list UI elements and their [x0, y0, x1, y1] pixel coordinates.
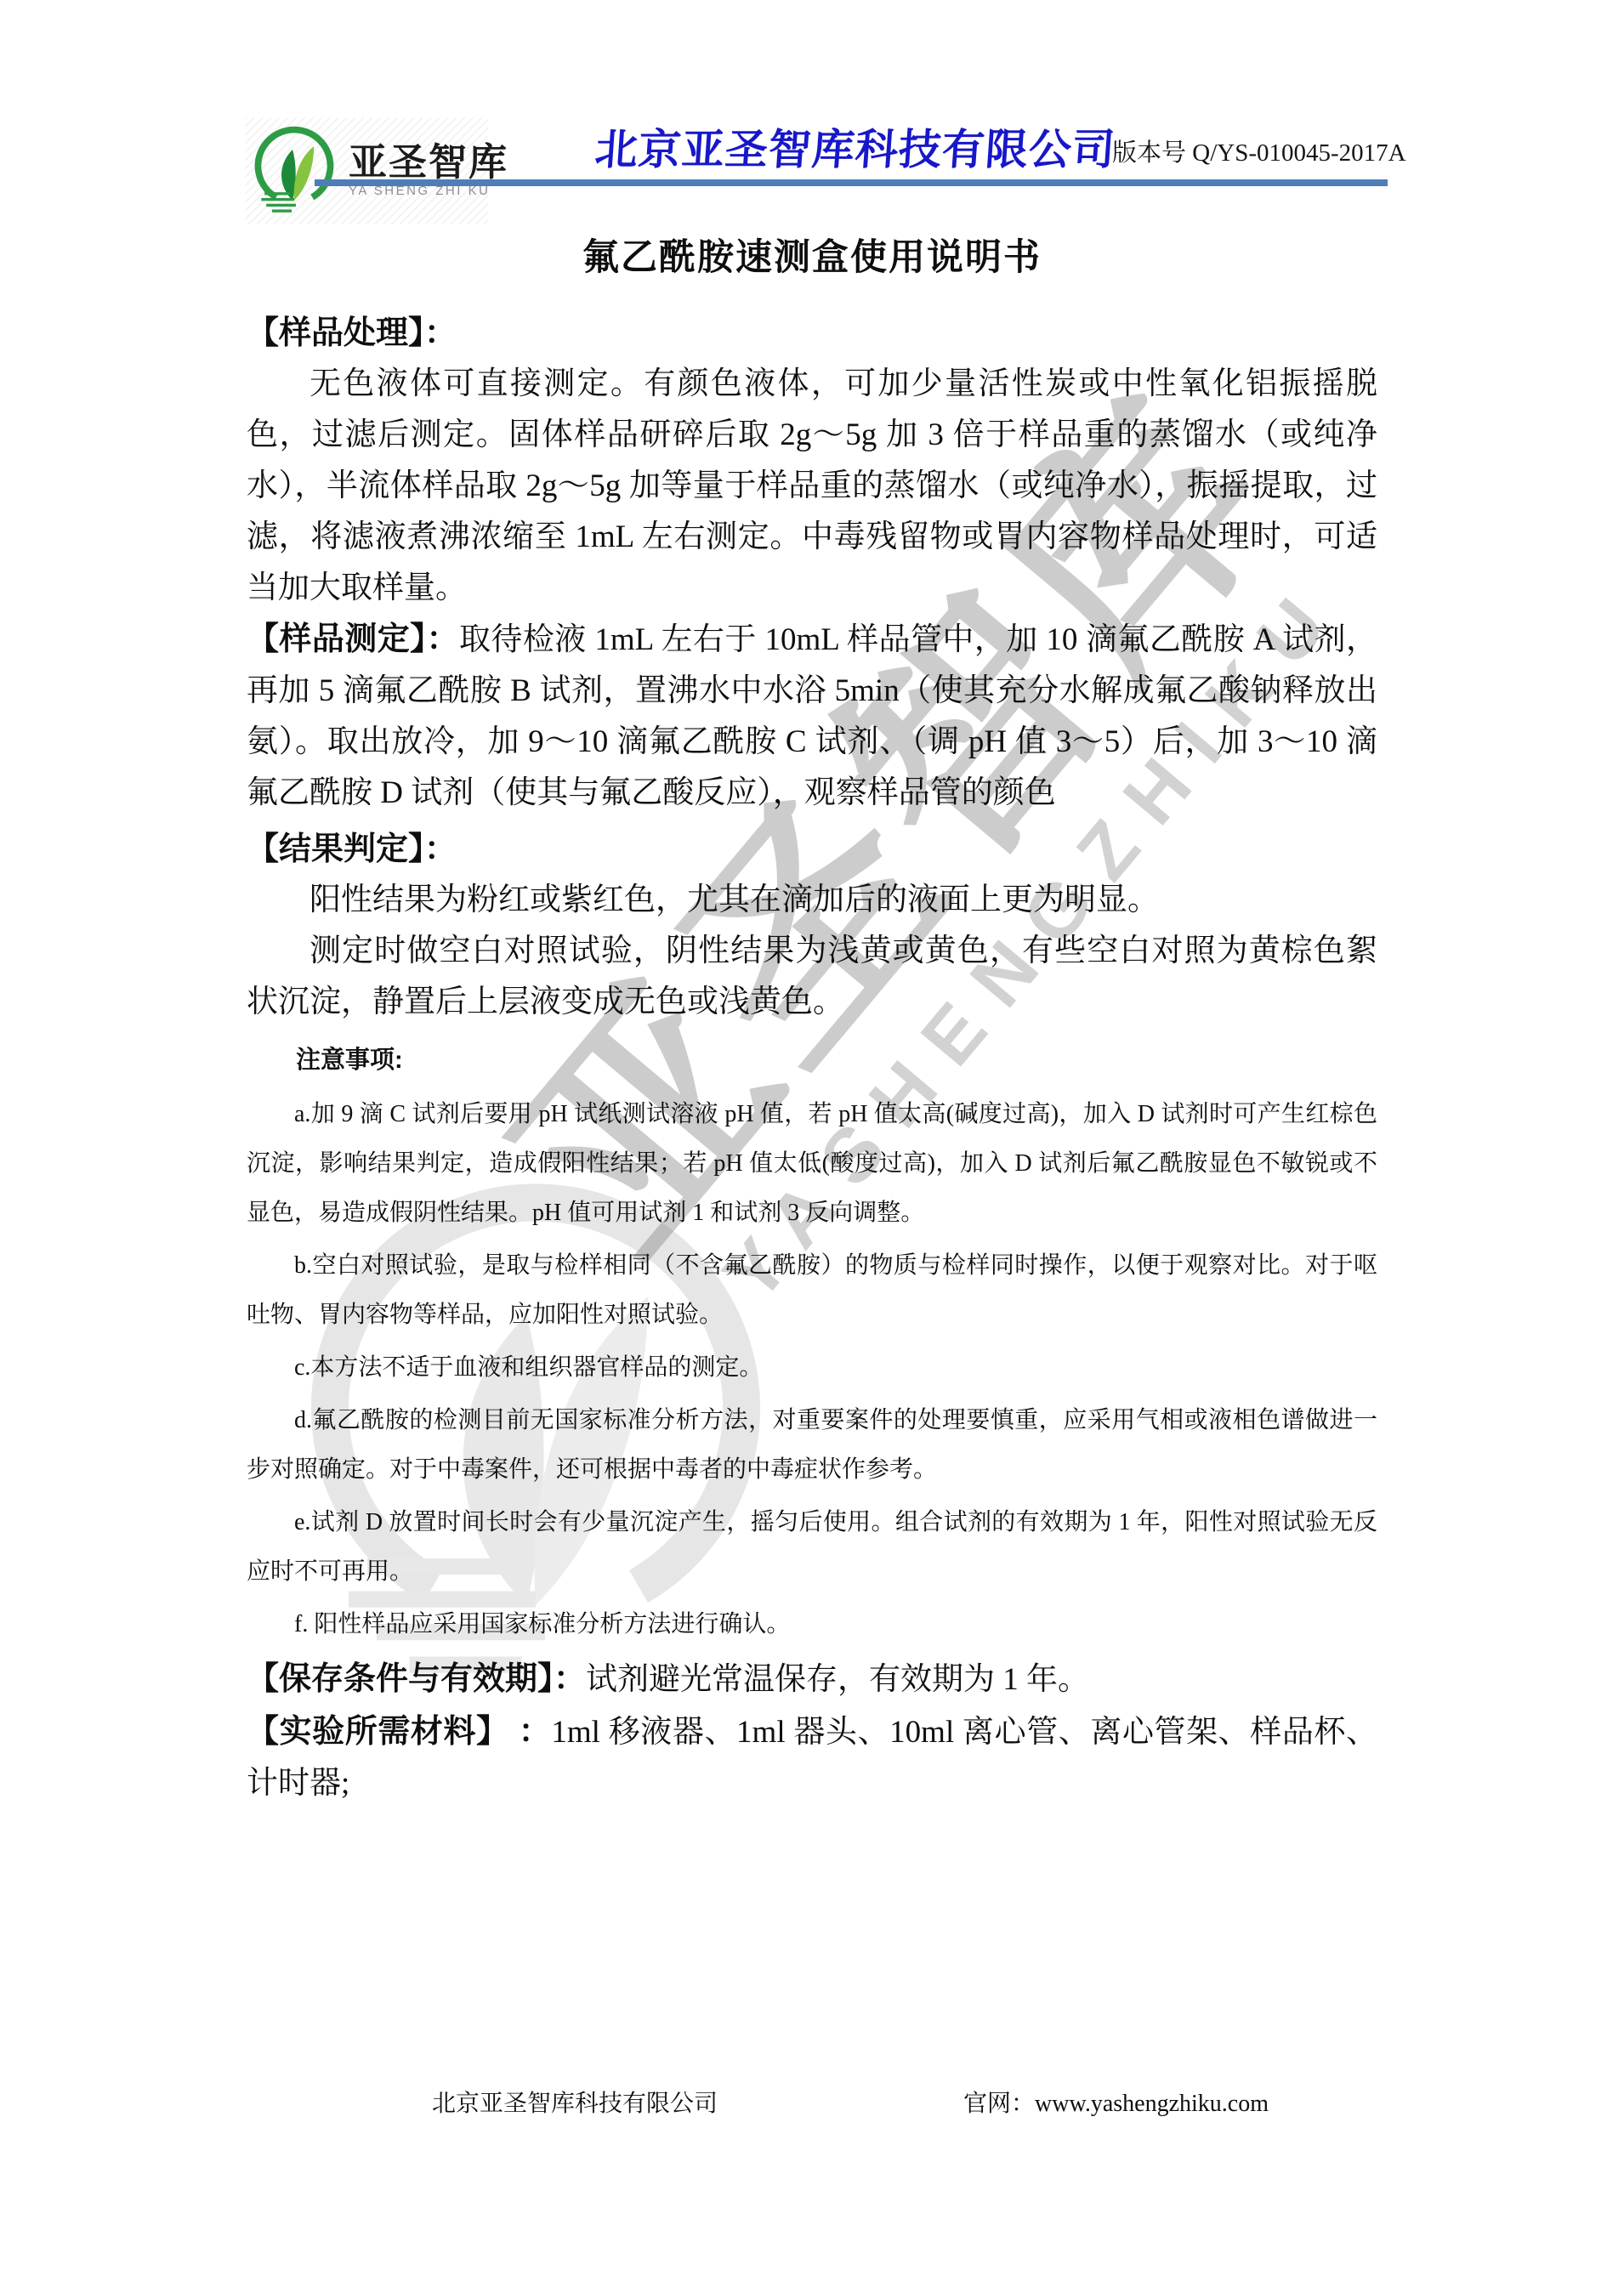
document-body: 氟乙酰胺速测盒使用说明书 【样品处理】： 无色液体可直接测定。有颜色液体，可加少…: [247, 236, 1377, 1809]
note-item-b: b.空白对照试验，是取与检样相同（不含氟乙酰胺）的物质与检样同时操作，以便于观察…: [247, 1241, 1377, 1340]
note-item-e: e.试剂 D 放置时间长时会有少量沉淀产生，摇匀后使用。组合试剂的有效期为 1 …: [247, 1498, 1377, 1597]
header-divider-bar: [315, 179, 1388, 186]
footer-company-name: 北京亚圣智库科技有限公司: [432, 2090, 718, 2119]
document-page: 亚圣智库 YASHENGZHIKU 亚圣智库 YA SHENG ZHI KU 北…: [0, 0, 1624, 2287]
header-company-name: 北京亚圣智库科技有限公司: [593, 119, 1117, 180]
paragraph-materials: 【实验所需材料】 ：1ml 移液器、1ml 器头、10ml 离心管、离心管架、样…: [247, 1706, 1377, 1809]
note-item-c: c.本方法不适于血液和组织器官样品的测定。: [247, 1343, 1377, 1393]
note-item-a: a.加 9 滴 C 试剂后要用 pH 试纸测试溶液 pH 值，若 pH 值太高(…: [247, 1090, 1377, 1238]
notes-heading: 注意事项:: [247, 1039, 1377, 1081]
note-item-f: f. 阳性样品应采用国家标准分析方法进行确认。: [247, 1600, 1377, 1649]
logo-text-block: 亚圣智库 YA SHENG ZHI KU: [349, 142, 508, 200]
paragraph-sample-prep: 无色液体可直接测定。有颜色液体，可加少量活性炭或中性氧化铝振摇脱色，过滤后测定。…: [247, 359, 1377, 614]
paragraph-sample-test: 【样品测定】：取待检液 1mL 左右于 10mL 样品管中，加 10 滴氟乙酰胺…: [247, 614, 1377, 819]
paragraph-result-negative: 测定时做空白对照试验，阴性结果为浅黄或黄色，有些空白对照为黄棕色絮状沉淀，静置后…: [247, 926, 1377, 1028]
document-title: 氟乙酰胺速测盒使用说明书: [247, 236, 1377, 281]
section-head-sample-test: 【样品测定】：: [247, 621, 459, 657]
note-item-d: d.氟乙酰胺的检测目前无国家标准分析方法，对重要案件的处理要慎重，应采用气相或液…: [247, 1396, 1377, 1495]
paragraph-storage: 【保存条件与有效期】：试剂避光常温保存，有效期为 1 年。: [247, 1653, 1377, 1706]
company-logo: 亚圣智库 YA SHENG ZHI KU: [245, 117, 488, 224]
footer-website: 官网：www.yashengzhiku.com: [963, 2090, 1269, 2119]
section-head-result: 【结果判定】：: [247, 824, 1377, 875]
leaf-circle-logo-icon: [245, 122, 344, 220]
section-head-materials: 【实验所需材料】 ：: [247, 1714, 551, 1750]
paragraph-result-positive: 阳性结果为粉红或紫红色，尤其在滴加后的液面上更为明显。: [247, 875, 1377, 926]
section-head-sample-prep: 【样品处理】：: [247, 308, 1377, 359]
header-version-number: 版本号 Q/YS-010045-2017A: [1112, 136, 1406, 170]
paragraph-storage-text: 试剂避光常温保存，有效期为 1 年。: [586, 1662, 1089, 1697]
logo-name-cn: 亚圣智库: [349, 142, 508, 183]
section-head-storage: 【保存条件与有效期】：: [247, 1661, 586, 1697]
